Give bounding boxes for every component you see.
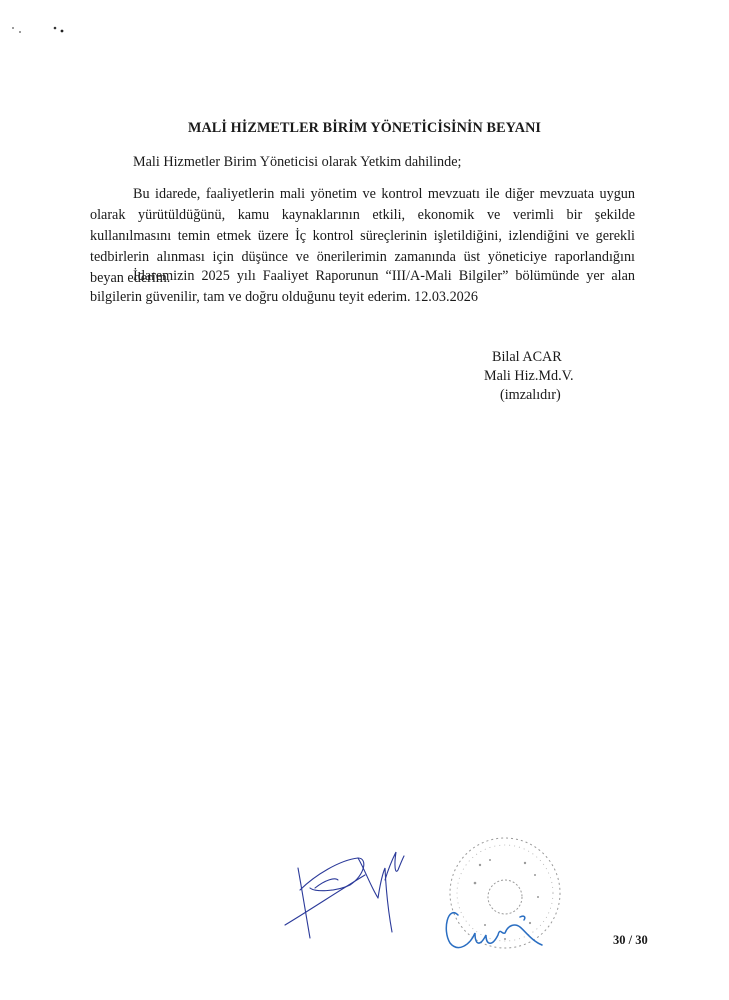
scan-specks [0, 0, 200, 60]
signed-note: (imzalıdır) [481, 386, 574, 405]
signatory-position: Mali Hiz.Md.V. [481, 367, 574, 386]
official-seal-icon [420, 835, 570, 970]
page-title: MALİ HİZMETLER BİRİM YÖNETİCİSİNİN BEYAN… [0, 120, 729, 137]
declaration-paragraph-2: İdaremizin 2025 yılı Faaliyet Raporunun … [90, 266, 635, 308]
signature-block: Bilal ACAR Mali Hiz.Md.V. (imzalıdır) [481, 348, 574, 405]
intro-line: Mali Hizmetler Birim Yöneticisi olarak Y… [133, 154, 462, 171]
page-number: 30 / 30 [613, 933, 648, 948]
paragraph-text: İdaremizin 2025 yılı Faaliyet Raporunun … [90, 268, 635, 305]
signatory-name: Bilal ACAR [481, 348, 574, 367]
document-page: MALİ HİZMETLER BİRİM YÖNETİCİSİNİN BEYAN… [0, 0, 729, 1000]
handwritten-signature-icon [270, 830, 430, 940]
